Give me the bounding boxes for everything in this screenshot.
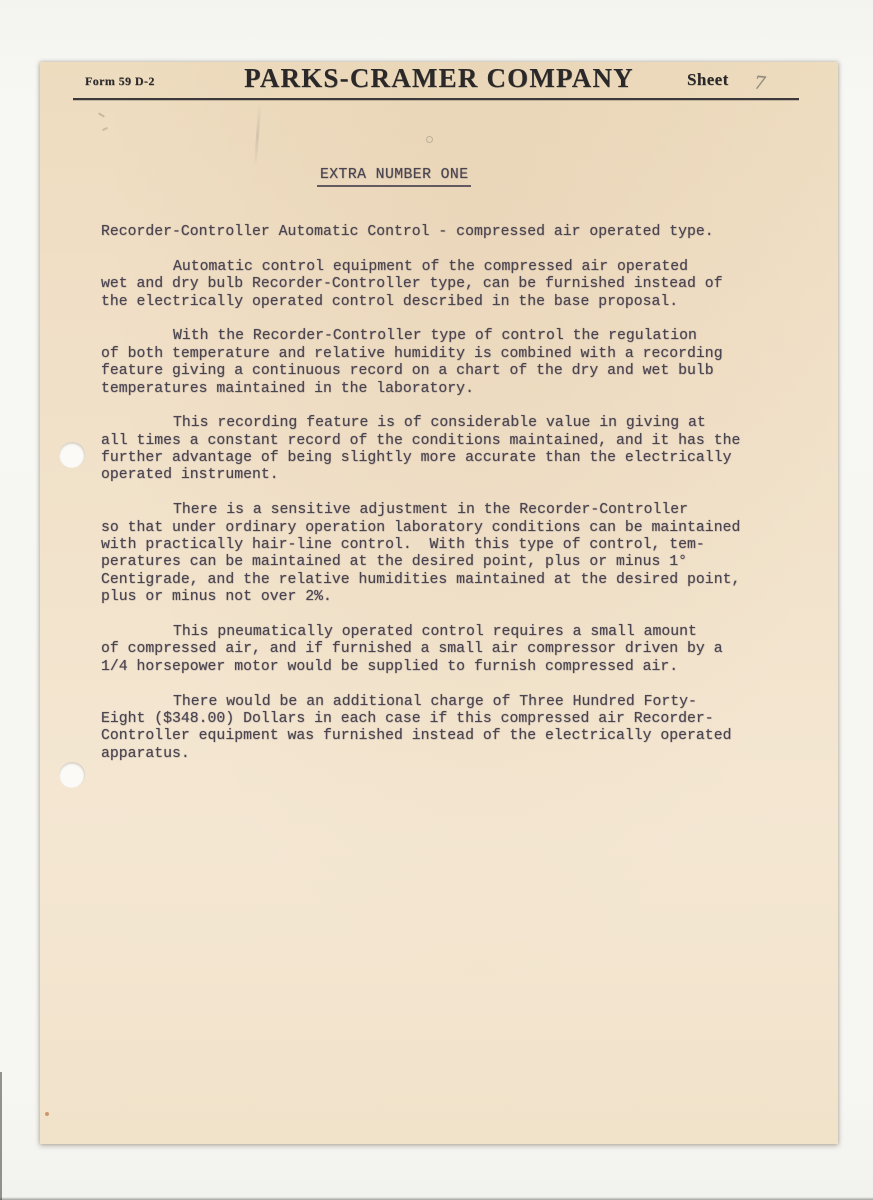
scan-edge-artifact-left: [0, 1072, 2, 1200]
punch-hole-bottom: [59, 762, 85, 788]
paragraph: Recorder-Controller Automatic Control - …: [101, 224, 761, 241]
text-line: plus or minus not over 2%.: [101, 589, 761, 606]
paper-speck: [102, 127, 108, 131]
document-body: Recorder-Controller Automatic Control - …: [101, 224, 761, 781]
document-page: Form 59 D-2 PARKS-CRAMER COMPANY Sheet 7…: [40, 62, 838, 1144]
paper-speck: [98, 112, 105, 117]
text-line: This pneumatically operated control requ…: [101, 624, 761, 641]
text-line: of both temperature and relative humidit…: [101, 346, 761, 363]
punch-hole-top: [59, 442, 85, 468]
text-line: Recorder-Controller Automatic Control - …: [101, 224, 761, 241]
text-line: Eight ($348.00) Dollars in each case if …: [101, 711, 761, 728]
text-line: feature giving a continuous record on a …: [101, 363, 761, 380]
paragraph: There would be an additional charge of T…: [101, 694, 761, 764]
text-line: with practically hair-line control. With…: [101, 537, 761, 554]
paragraph: Automatic control equipment of the compr…: [101, 259, 761, 311]
text-line: Controller equipment was furnished inste…: [101, 728, 761, 745]
text-line: all times a constant record of the condi…: [101, 433, 761, 450]
paper-speck: [45, 1112, 49, 1116]
sheet-label: Sheet: [687, 70, 729, 90]
paper-speck: [426, 136, 433, 143]
text-line: There would be an additional charge of T…: [101, 694, 761, 711]
text-line: the electrically operated control descri…: [101, 294, 761, 311]
paragraph: With the Recorder-Controller type of con…: [101, 328, 761, 398]
text-line: Automatic control equipment of the compr…: [101, 259, 761, 276]
text-line: This recording feature is of considerabl…: [101, 415, 761, 432]
text-line: so that under ordinary operation laborat…: [101, 520, 761, 537]
paragraph: There is a sensitive adjustment in the R…: [101, 502, 761, 606]
text-line: wet and dry bulb Recorder-Controller typ…: [101, 276, 761, 293]
sheet-number-handwritten: 7: [753, 72, 767, 94]
text-line: peratures can be maintained at the desir…: [101, 554, 761, 571]
paragraph: This recording feature is of considerabl…: [101, 415, 761, 485]
document-title: EXTRA NUMBER ONE: [317, 166, 471, 187]
text-line: With the Recorder-Controller type of con…: [101, 328, 761, 345]
text-line: operated instrument.: [101, 467, 761, 484]
paragraph: This pneumatically operated control requ…: [101, 624, 761, 676]
text-line: There is a sensitive adjustment in the R…: [101, 502, 761, 519]
paper-smudge: [254, 104, 261, 168]
text-line: 1/4 horsepower motor would be supplied t…: [101, 659, 761, 676]
scanner-background: Form 59 D-2 PARKS-CRAMER COMPANY Sheet 7…: [0, 0, 873, 1200]
header-rule: [73, 98, 799, 100]
text-line: of compressed air, and if furnished a sm…: [101, 641, 761, 658]
text-line: further advantage of being slightly more…: [101, 450, 761, 467]
text-line: apparatus.: [101, 746, 761, 763]
text-line: Centigrade, and the relative humidities …: [101, 572, 761, 589]
text-line: temperatures maintained in the laborator…: [101, 381, 761, 398]
